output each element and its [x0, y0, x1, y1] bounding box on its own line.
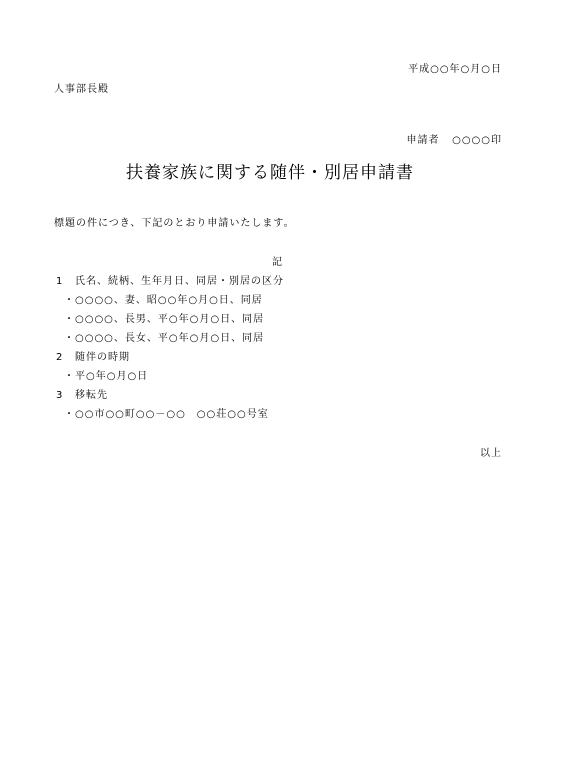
list-item: ・○○市○○町○○－○○ ○○荘○○号室 [64, 409, 269, 421]
list-item: ・平○年○月○日 [64, 371, 148, 383]
applicant-name: ○○○○印 [452, 135, 502, 146]
list-item: ・○○○○、長男、平○年○月○日、同居 [64, 314, 264, 326]
document-title: 扶養家族に関する随伴・別居申請書 [0, 162, 540, 184]
section-2-number: 2 [56, 352, 63, 364]
closing-text: 以上 [480, 448, 502, 460]
applicant: 申請者 ○○○○印 [390, 123, 502, 159]
section-1-heading: 氏名、続柄、生年月日、同居・別居の区分 [75, 276, 284, 288]
section-1-number: 1 [56, 276, 63, 288]
list-item: ・○○○○、妻、昭○○年○月○日、同居 [64, 295, 263, 307]
document-date: 平成○○年○月○日 [408, 64, 502, 76]
section-2-heading: 随伴の時期 [75, 352, 130, 364]
section-3-heading: 移転先 [75, 390, 108, 402]
addressee: 人事部長殿 [54, 84, 109, 96]
applicant-label: 申請者 [407, 135, 440, 146]
list-item: ・○○○○、長女、平○年○月○日、同居 [64, 333, 264, 345]
ki-heading: 記 [272, 257, 283, 269]
section-3-number: 3 [56, 390, 63, 402]
intro-text: 標題の件につき、下記のとおり申請いたします。 [54, 218, 295, 230]
